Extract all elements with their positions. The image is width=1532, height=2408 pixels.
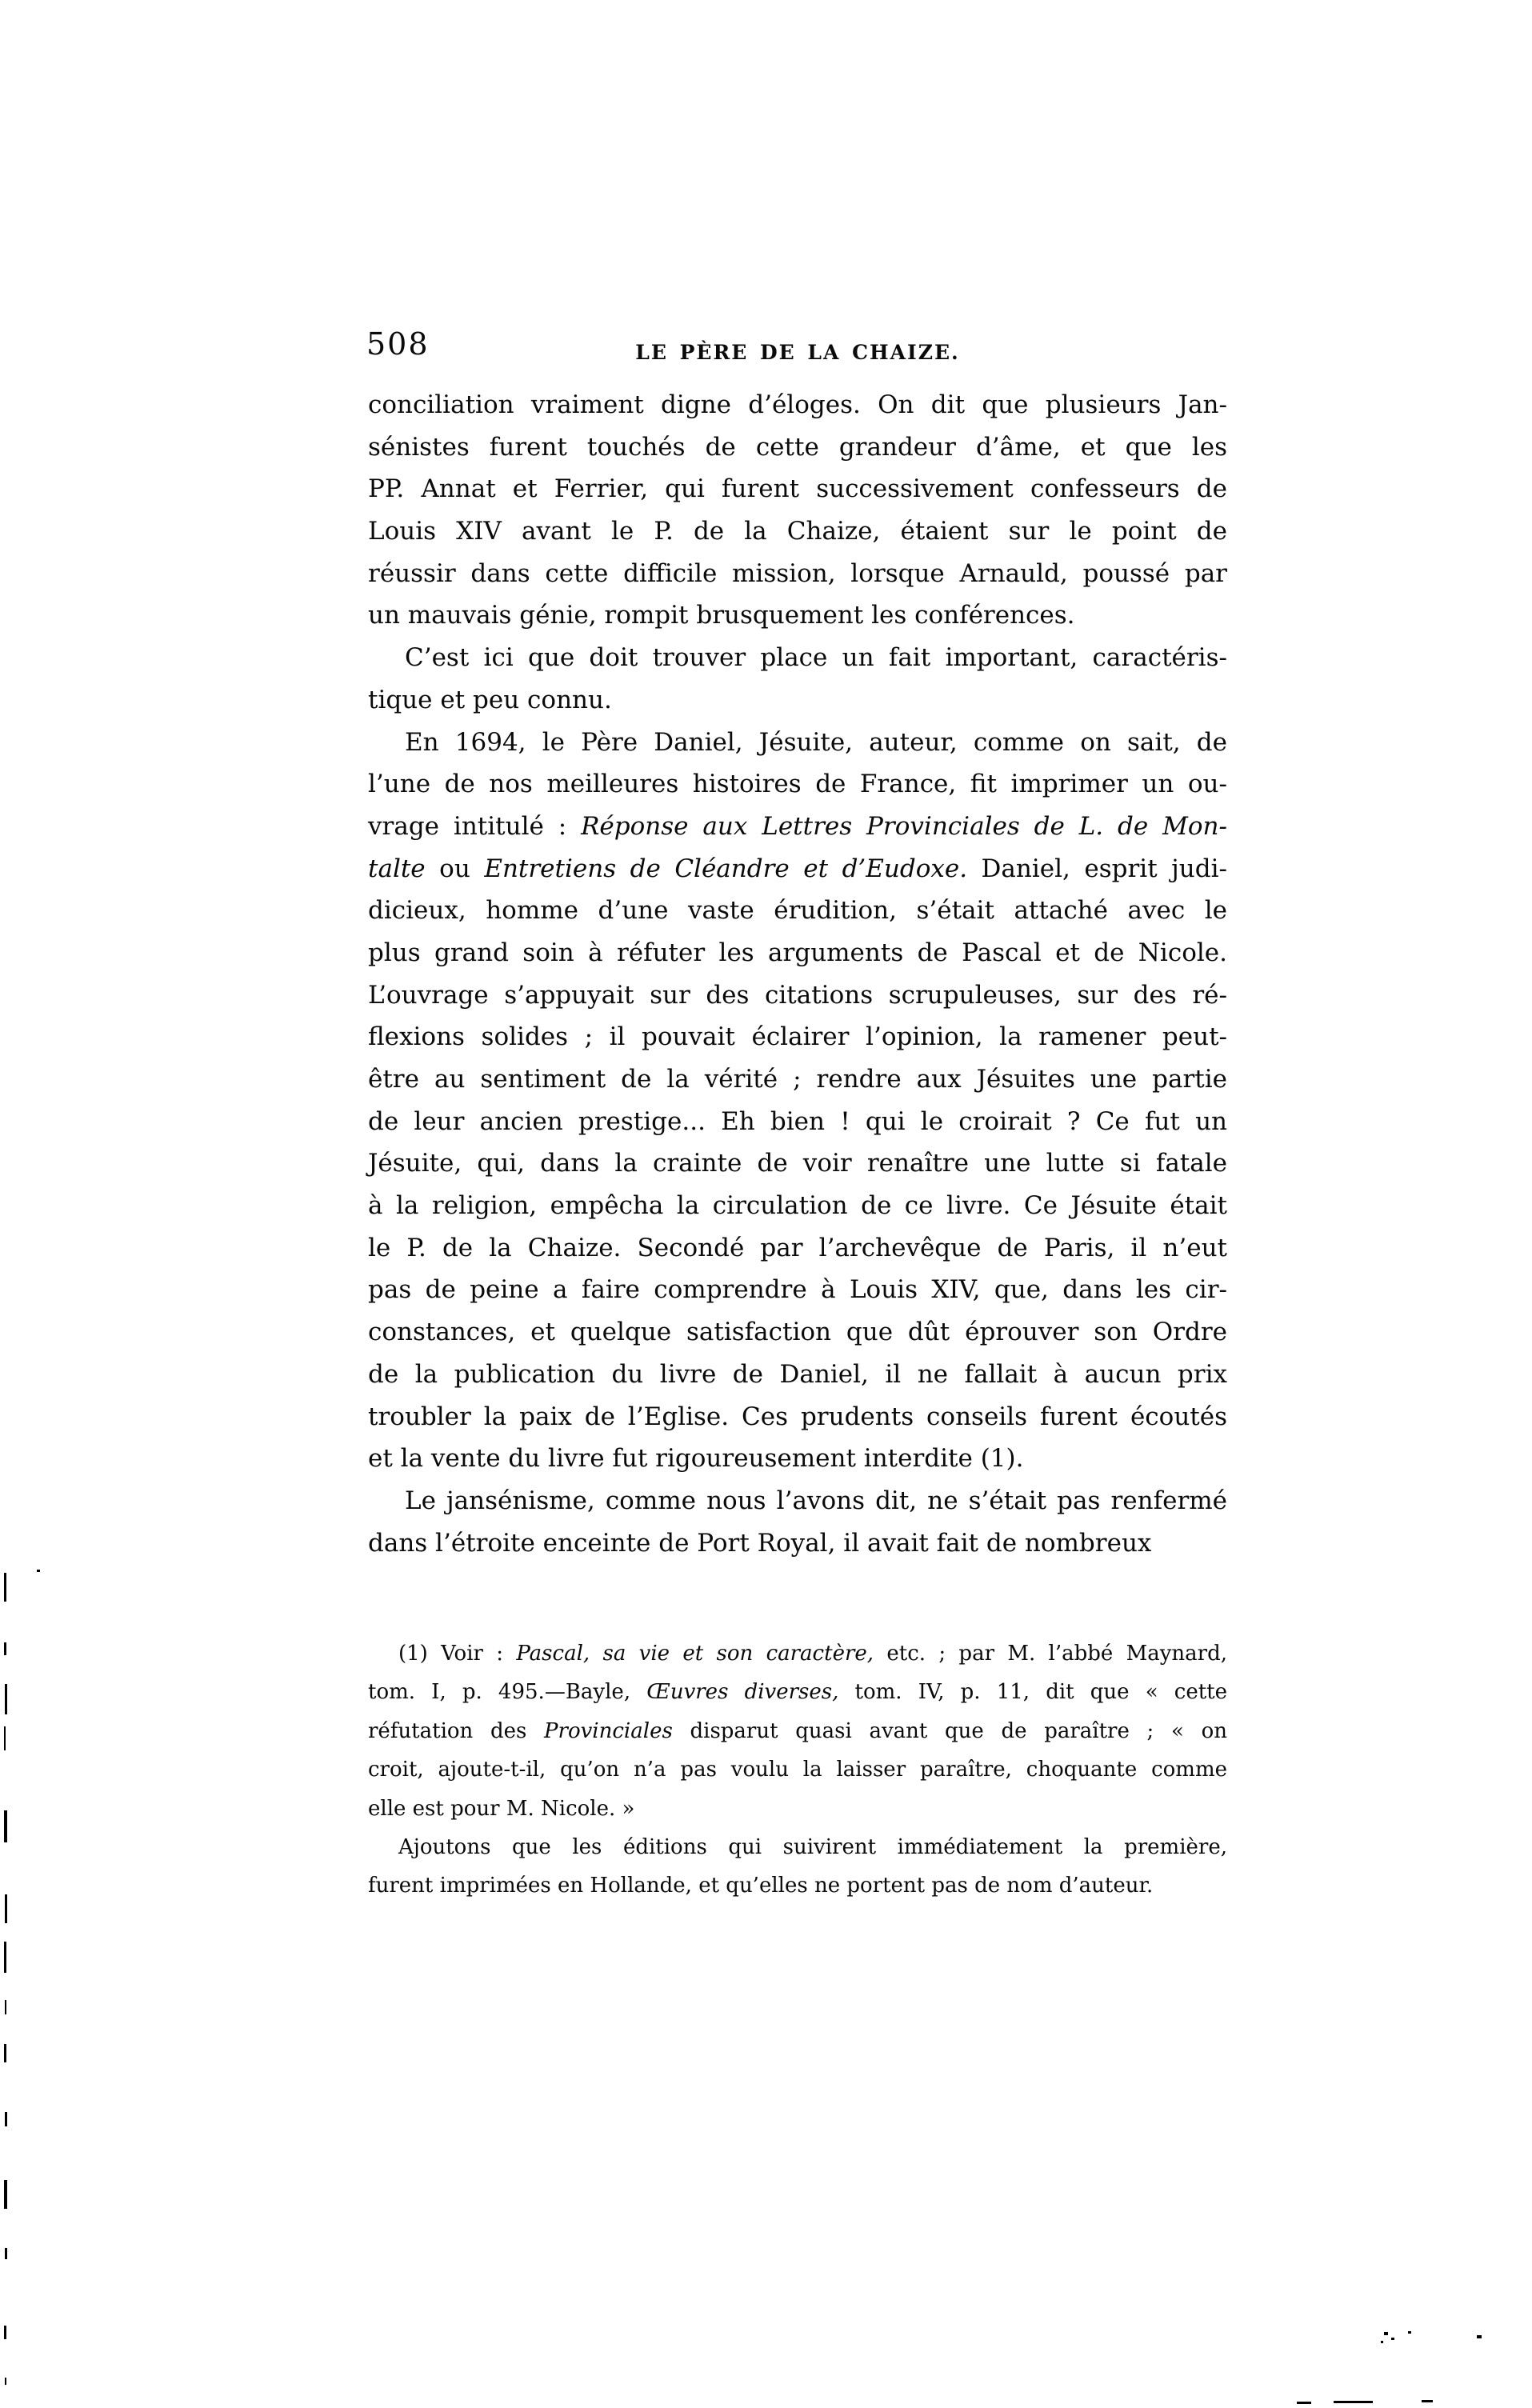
text-segment-italic: talte xyxy=(368,854,426,883)
text-line: conciliation vraiment digne d’éloges. On… xyxy=(368,384,1227,426)
text-line: l’une de nos meilleures histoires de Fra… xyxy=(368,763,1227,806)
footnote-line: elle est pour M. Nicole. » xyxy=(368,1790,1227,1828)
text-line: pas de peine a faire comprendre à Louis … xyxy=(368,1269,1227,1311)
text-line: L’ouvrage s’appuyait sur des citations s… xyxy=(368,974,1227,1017)
text-line: de la publication du livre de Daniel, il… xyxy=(368,1354,1227,1396)
scan-speck xyxy=(1477,2335,1482,2338)
footnote-block: (1) Voir : Pascal, sa vie et son caractè… xyxy=(368,1634,1227,1906)
text-segment-italic: Pascal, sa vie et son caractère, xyxy=(516,1642,874,1666)
scan-dash-left xyxy=(4,1810,7,1842)
text-segment: etc. ; par M. l’abbé Maynard, xyxy=(874,1642,1227,1666)
scan-dash-left xyxy=(4,2180,7,2209)
scan-dash-left xyxy=(5,1894,7,1923)
text-segment: tom. I, p. 495.—Bayle, xyxy=(368,1680,646,1704)
scan-dash-left xyxy=(5,1684,7,1714)
book-page: 508 LE PÈRE DE LA CHAIZE. conciliation v… xyxy=(0,0,1532,2408)
text-line: de leur ancien prestige... Eh bien ! qui… xyxy=(368,1101,1227,1143)
text-line: constances, et quelque satisfaction que … xyxy=(368,1311,1227,1354)
scan-dash-bottom xyxy=(1422,2400,1433,2402)
text-line: En 1694, le Père Daniel, Jésuite, auteur… xyxy=(368,722,1227,764)
text-line: dans l’étroite enceinte de Port Royal, i… xyxy=(368,1522,1227,1565)
scan-dash-bottom xyxy=(1334,2401,1373,2403)
text-line: Le jansénisme, comme nous l’avons dit, n… xyxy=(368,1480,1227,1522)
scan-dash-left xyxy=(4,2326,6,2339)
text-segment-italic: Réponse aux Lettres Provinciales de L. d… xyxy=(581,812,1227,841)
text-line: et la vente du livre fut rigoureusement … xyxy=(368,1438,1227,1480)
scan-speck xyxy=(1381,2341,1383,2343)
text-line: plus grand soin à réfuter les arguments … xyxy=(368,932,1227,974)
scan-dash-left xyxy=(4,1573,6,1602)
text-segment: réfutation des xyxy=(368,1719,544,1743)
text-segment: ou xyxy=(426,854,485,883)
scan-speck xyxy=(1408,2331,1411,2334)
scan-dash-left xyxy=(5,2112,7,2126)
scan-dash-left xyxy=(5,2378,6,2385)
text-line: Jésuite, qui, dans la crainte de voir re… xyxy=(368,1142,1227,1185)
scan-dash-left xyxy=(4,2044,6,2062)
footnote-line: réfutation des Provinciales disparut qua… xyxy=(368,1712,1227,1750)
footnote-line: tom. I, p. 495.—Bayle, Œuvres diverses, … xyxy=(368,1673,1227,1711)
text-line: un mauvais génie, rompit brusquement les… xyxy=(368,594,1227,637)
scan-dash-left xyxy=(4,1642,6,1655)
text-line: sénistes furent touchés de cette grandeu… xyxy=(368,426,1227,469)
scan-speck xyxy=(1391,2338,1394,2340)
text-segment-italic: Entretiens de Cléandre et d’Eudoxe. xyxy=(484,854,967,883)
footnote-line: furent imprimées en Hollande, et qu’elle… xyxy=(368,1866,1227,1905)
text-segment: vrage intitulé : xyxy=(368,812,581,841)
text-line: dicieux, homme d’une vaste érudition, s’… xyxy=(368,890,1227,932)
body-text-block: conciliation vraiment digne d’éloges. On… xyxy=(368,384,1227,1564)
text-line: être au sentiment de la vérité ; rendre … xyxy=(368,1058,1227,1101)
scan-dash-bottom xyxy=(1297,2402,1311,2404)
text-segment: disparut quasi avant que de paraître ; «… xyxy=(673,1719,1227,1743)
text-line: le P. de la Chaize. Secondé par l’archev… xyxy=(368,1227,1227,1270)
footnote-line: croit, ajoute-t-il, qu’on n’a pas voulu … xyxy=(368,1750,1227,1789)
scan-dash-left xyxy=(4,1942,6,1973)
text-segment: Daniel, esprit judi- xyxy=(967,854,1227,883)
text-line: C’est ici que doit trouver place un fait… xyxy=(368,637,1227,679)
text-line: Louis XIV avant le P. de la Chaize, étai… xyxy=(368,510,1227,553)
text-line: réussir dans cette difficile mission, lo… xyxy=(368,553,1227,595)
text-segment-italic: Œuvres diverses, xyxy=(646,1680,838,1704)
text-line: flexions solides ; il pouvait éclairer l… xyxy=(368,1016,1227,1058)
text-segment: tom. IV, p. 11, dit que « cette xyxy=(838,1680,1227,1704)
text-line: troubler la paix de l’Eglise. Ces pruden… xyxy=(368,1396,1227,1438)
footnote-line: (1) Voir : Pascal, sa vie et son caractè… xyxy=(368,1634,1227,1673)
text-line: tique et peu connu. xyxy=(368,679,1227,722)
text-segment-italic: Provinciales xyxy=(544,1719,673,1743)
scan-dash-left xyxy=(5,2248,7,2259)
text-line: talte ou Entretiens de Cléandre et d’Eud… xyxy=(368,848,1227,890)
scan-dash-left xyxy=(37,1570,40,1572)
text-line: à la religion, empêcha la circulation de… xyxy=(368,1185,1227,1227)
text-line: PP. Annat et Ferrier, qui furent success… xyxy=(368,468,1227,510)
scan-speck xyxy=(1384,2332,1388,2335)
running-title: LE PÈRE DE LA CHAIZE. xyxy=(368,339,1227,366)
text-segment: (1) Voir : xyxy=(398,1642,516,1666)
scan-dash-left xyxy=(5,2000,6,2014)
scan-dash-left xyxy=(4,1726,6,1750)
footnote-line: Ajoutons que les éditions qui suivirent … xyxy=(368,1828,1227,1866)
text-line: vrage intitulé : Réponse aux Lettres Pro… xyxy=(368,806,1227,848)
